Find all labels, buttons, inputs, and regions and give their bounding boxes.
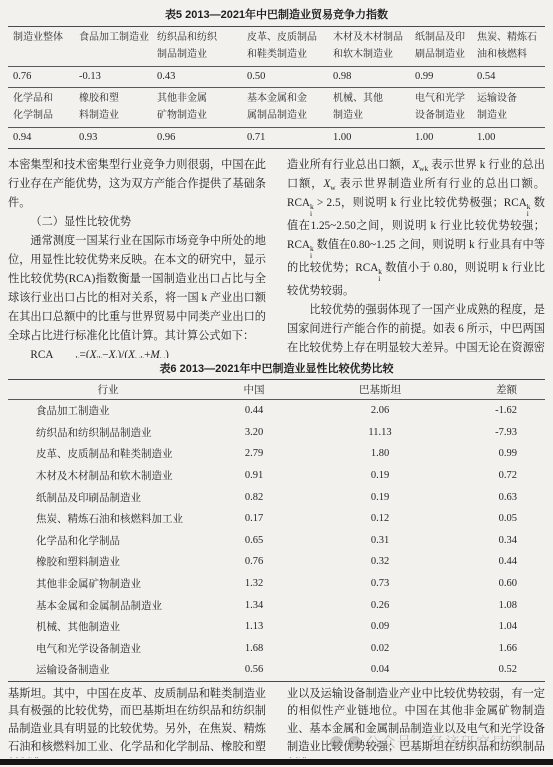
diff-cell: 0.52 xyxy=(460,664,545,675)
table-row: 电气和光学设备制造业 1.68 0.02 1.66 xyxy=(8,638,545,660)
pakistan-cell: 11.13 xyxy=(300,427,460,438)
china-cell: 1.13 xyxy=(208,621,300,632)
china-cell: 1.34 xyxy=(208,600,300,611)
industry-cell: 基本金属和金属制品制造业 xyxy=(8,598,208,613)
china-cell: 0.91 xyxy=(208,470,300,481)
diff-cell: 0.34 xyxy=(460,535,545,546)
header-cell: 皮革、皮质制品 和鞋类制造业 xyxy=(242,27,328,66)
value-cell: 0.54 xyxy=(472,67,545,87)
table6: 行业 中国 巴基斯坦 差额 食品加工制造业 0.44 2.06 -1.62 纺织… xyxy=(8,379,545,682)
pakistan-cell: 0.04 xyxy=(300,664,460,675)
diff-cell: 1.66 xyxy=(460,643,545,654)
header-cell: 巴基斯坦 xyxy=(300,382,460,397)
table-row: 机械、其他制造业 1.13 0.09 1.04 xyxy=(8,616,545,638)
body-right-column: 造业所有行业总出口额，Xwk 表示世界 k 行业的总出口额，Xw 表示世界制造业… xyxy=(287,156,545,358)
pakistan-cell: 0.02 xyxy=(300,643,460,654)
table5-header-row-1: 制造业整体 食品加工制造业 纺织品和纺织 制品制造业 皮革、皮质制品 和鞋类制造… xyxy=(8,27,545,67)
value-cell: 0.98 xyxy=(328,67,410,87)
header-cell: 中国 xyxy=(208,382,300,397)
value-cell: 0.43 xyxy=(152,67,242,87)
industry-cell: 焦炭、精炼石油和核燃料加工业 xyxy=(8,511,208,526)
pakistan-cell: 1.80 xyxy=(300,448,460,459)
paragraph: 造业所有行业总出口额，Xwk 表示世界 k 行业的总出口额，Xw 表示世界制造业… xyxy=(287,156,545,301)
header-cell: 运输设备 制造业 xyxy=(472,88,545,127)
diff-cell: 0.44 xyxy=(460,556,545,567)
header-cell: 差额 xyxy=(460,382,545,397)
bottom-text-columns: 基斯坦。其中，中国在皮革、皮质制品和鞋类制造业具有极强的比较优势，而巴基斯坦在纺… xyxy=(0,686,553,758)
diff-cell: -1.62 xyxy=(460,405,545,416)
industry-cell: 运输设备制造业 xyxy=(8,662,208,677)
header-cell: 其他非金属 矿物制造业 xyxy=(152,88,242,127)
china-cell: 0.56 xyxy=(208,664,300,675)
china-cell: 0.65 xyxy=(208,535,300,546)
table-row: 食品加工制造业 0.44 2.06 -1.62 xyxy=(8,400,545,422)
value-cell: 0.96 xyxy=(152,128,242,148)
pakistan-cell: 0.19 xyxy=(300,492,460,503)
table-row: 橡胶和塑料制造业 0.76 0.32 0.44 xyxy=(8,551,545,573)
diff-cell: 0.72 xyxy=(460,470,545,481)
diff-cell: 0.99 xyxy=(460,448,545,459)
pakistan-cell: 0.73 xyxy=(300,578,460,589)
industry-cell: 机械、其他制造业 xyxy=(8,619,208,634)
table-row: 其他非金属矿物制造业 1.32 0.73 0.60 xyxy=(8,573,545,595)
table-row: 焦炭、精炼石油和核燃料加工业 0.17 0.12 0.05 xyxy=(8,508,545,530)
diff-cell: 0.60 xyxy=(460,578,545,589)
table5-header-row-2: 化学品和 化学制品 橡胶和塑 料制造业 其他非金属 矿物制造业 基本金属和金 属… xyxy=(8,88,545,128)
industry-cell: 其他非金属矿物制造业 xyxy=(8,576,208,591)
china-cell: 1.68 xyxy=(208,643,300,654)
header-cell: 行业 xyxy=(8,382,208,397)
china-cell: 3.20 xyxy=(208,427,300,438)
table-row: 基本金属和金属制品制造业 1.34 0.26 1.08 xyxy=(8,594,545,616)
paragraph: 比较优势的强弱体现了一国产业成熟的程度，是国家间进行产能合作的前提。如表 6 所… xyxy=(287,301,545,358)
pakistan-cell: 0.31 xyxy=(300,535,460,546)
value-cell: 1.00 xyxy=(472,128,545,148)
header-cell: 制造业整体 xyxy=(8,27,74,66)
table-row: 运输设备制造业 0.56 0.04 0.52 xyxy=(8,659,545,681)
header-cell: 食品加工制造业 xyxy=(74,27,152,66)
china-cell: 2.79 xyxy=(208,448,300,459)
china-cell: 1.32 xyxy=(208,578,300,589)
bottom-left-column: 基斯坦。其中，中国在皮革、皮质制品和鞋类制造业具有极强的比较优势，而巴基斯坦在纺… xyxy=(8,686,266,758)
table5: 制造业整体 食品加工制造业 纺织品和纺织 制品制造业 皮革、皮质制品 和鞋类制造… xyxy=(8,26,545,149)
industry-cell: 电气和光学设备制造业 xyxy=(8,641,208,656)
bottom-right-column: 业以及运输设备制造业产业中比较优势较弱，有一定的相似性产业链地位。中国在其他非金… xyxy=(287,686,545,758)
industry-cell: 化学品和化学制品 xyxy=(8,533,208,548)
value-cell: 0.76 xyxy=(8,67,74,87)
header-cell: 基本金属和金 属制品制造业 xyxy=(242,88,328,127)
china-cell: 0.44 xyxy=(208,405,300,416)
industry-cell: 橡胶和塑料制造业 xyxy=(8,554,208,569)
pakistan-cell: 0.09 xyxy=(300,621,460,632)
china-cell: 0.76 xyxy=(208,556,300,567)
value-cell: 0.50 xyxy=(242,67,328,87)
china-cell: 0.17 xyxy=(208,513,300,524)
diff-cell: 0.63 xyxy=(460,492,545,503)
scan-edge-bar xyxy=(0,759,553,765)
header-cell: 纺织品和纺织 制品制造业 xyxy=(152,27,242,66)
table-row: 皮革、皮质制品和鞋类制造业 2.79 1.80 0.99 xyxy=(8,443,545,465)
industry-cell: 皮革、皮质制品和鞋类制造业 xyxy=(8,446,208,461)
industry-cell: 纸制品及印刷品制造业 xyxy=(8,490,208,505)
value-cell: 0.93 xyxy=(74,128,152,148)
paragraph: 基斯坦。其中，中国在皮革、皮质制品和鞋类制造业具有极强的比较优势，而巴基斯坦在纺… xyxy=(8,686,266,758)
diff-cell: 1.04 xyxy=(460,621,545,632)
table-row: 纸制品及印刷品制造业 0.82 0.19 0.63 xyxy=(8,486,545,508)
value-cell: 0.71 xyxy=(242,128,328,148)
header-cell: 橡胶和塑 料制造业 xyxy=(74,88,152,127)
paragraph: 业以及运输设备制造业产业中比较优势较弱，有一定的相似性产业链地位。中国在其他非金… xyxy=(287,686,545,758)
value-cell: 1.00 xyxy=(328,128,410,148)
industry-cell: 木材及木材制品和软木制造业 xyxy=(8,468,208,483)
header-cell: 化学品和 化学制品 xyxy=(8,88,74,127)
table-row: 纺织品和纺织制品制造业 3.20 11.13 -7.93 xyxy=(8,422,545,444)
table5-title: 表5 2013—2021年中巴制造业贸易竞争力指数 xyxy=(0,0,553,22)
industry-cell: 食品加工制造业 xyxy=(8,403,208,418)
header-cell: 电气和光学 设备制造业 xyxy=(410,88,472,127)
diff-cell: -7.93 xyxy=(460,427,545,438)
pakistan-cell: 0.19 xyxy=(300,470,460,481)
body-left-column: 本密集型和技术密集型行业竞争力则很弱，中国在此行业存在产能优势，这为双方产能合作… xyxy=(8,156,266,358)
header-cell: 纸制品及印 刷品制造业 xyxy=(410,27,472,66)
china-cell: 0.82 xyxy=(208,492,300,503)
value-cell: -0.13 xyxy=(74,67,152,87)
diff-cell: 1.08 xyxy=(460,600,545,611)
pakistan-cell: 0.12 xyxy=(300,513,460,524)
table6-header-row: 行业 中国 巴基斯坦 差额 xyxy=(8,380,545,400)
header-cell: 木材及木材制品 和软木制造业 xyxy=(328,27,410,66)
table5-value-row-2: 0.94 0.93 0.96 0.71 1.00 1.00 1.00 xyxy=(8,128,545,148)
diff-cell: 0.05 xyxy=(460,513,545,524)
pakistan-cell: 0.26 xyxy=(300,600,460,611)
header-cell: 机械、其他 制造业 xyxy=(328,88,410,127)
pakistan-cell: 2.06 xyxy=(300,405,460,416)
section-heading: （二）显性比较优势 xyxy=(8,213,266,232)
value-cell: 1.00 xyxy=(410,128,472,148)
table-row: 化学品和化学制品 0.65 0.31 0.34 xyxy=(8,530,545,552)
industry-cell: 纺织品和纺织制品制造业 xyxy=(8,425,208,440)
paragraph: 本密集型和技术密集型行业竞争力则很弱，中国在此行业存在产能优势，这为双方产能合作… xyxy=(8,156,266,213)
paragraph: 通常测度一国某行业在国际市场竞争中所处的地位，用显性比较优势来反映。在本文的研究… xyxy=(8,232,266,346)
rca-formula: RCAki=(Xik−Xi)/(Xwk+Mw) xyxy=(8,346,266,358)
table6-title: 表6 2013—2021年中巴制造业显性比较优势比较 xyxy=(0,358,553,376)
paper-page: 表5 2013—2021年中巴制造业贸易竞争力指数 制造业整体 食品加工制造业 … xyxy=(0,0,553,767)
table-row: 木材及木材制品和软木制造业 0.91 0.19 0.72 xyxy=(8,465,545,487)
header-cell: 焦炭、精炼石 油和核燃料 xyxy=(472,27,545,66)
body-text-columns: 本密集型和技术密集型行业竞争力则很弱，中国在此行业存在产能优势，这为双方产能合作… xyxy=(0,156,553,358)
pakistan-cell: 0.32 xyxy=(300,556,460,567)
value-cell: 0.99 xyxy=(410,67,472,87)
value-cell: 0.94 xyxy=(8,128,74,148)
table5-value-row-1: 0.76 -0.13 0.43 0.50 0.98 0.99 0.54 xyxy=(8,67,545,88)
